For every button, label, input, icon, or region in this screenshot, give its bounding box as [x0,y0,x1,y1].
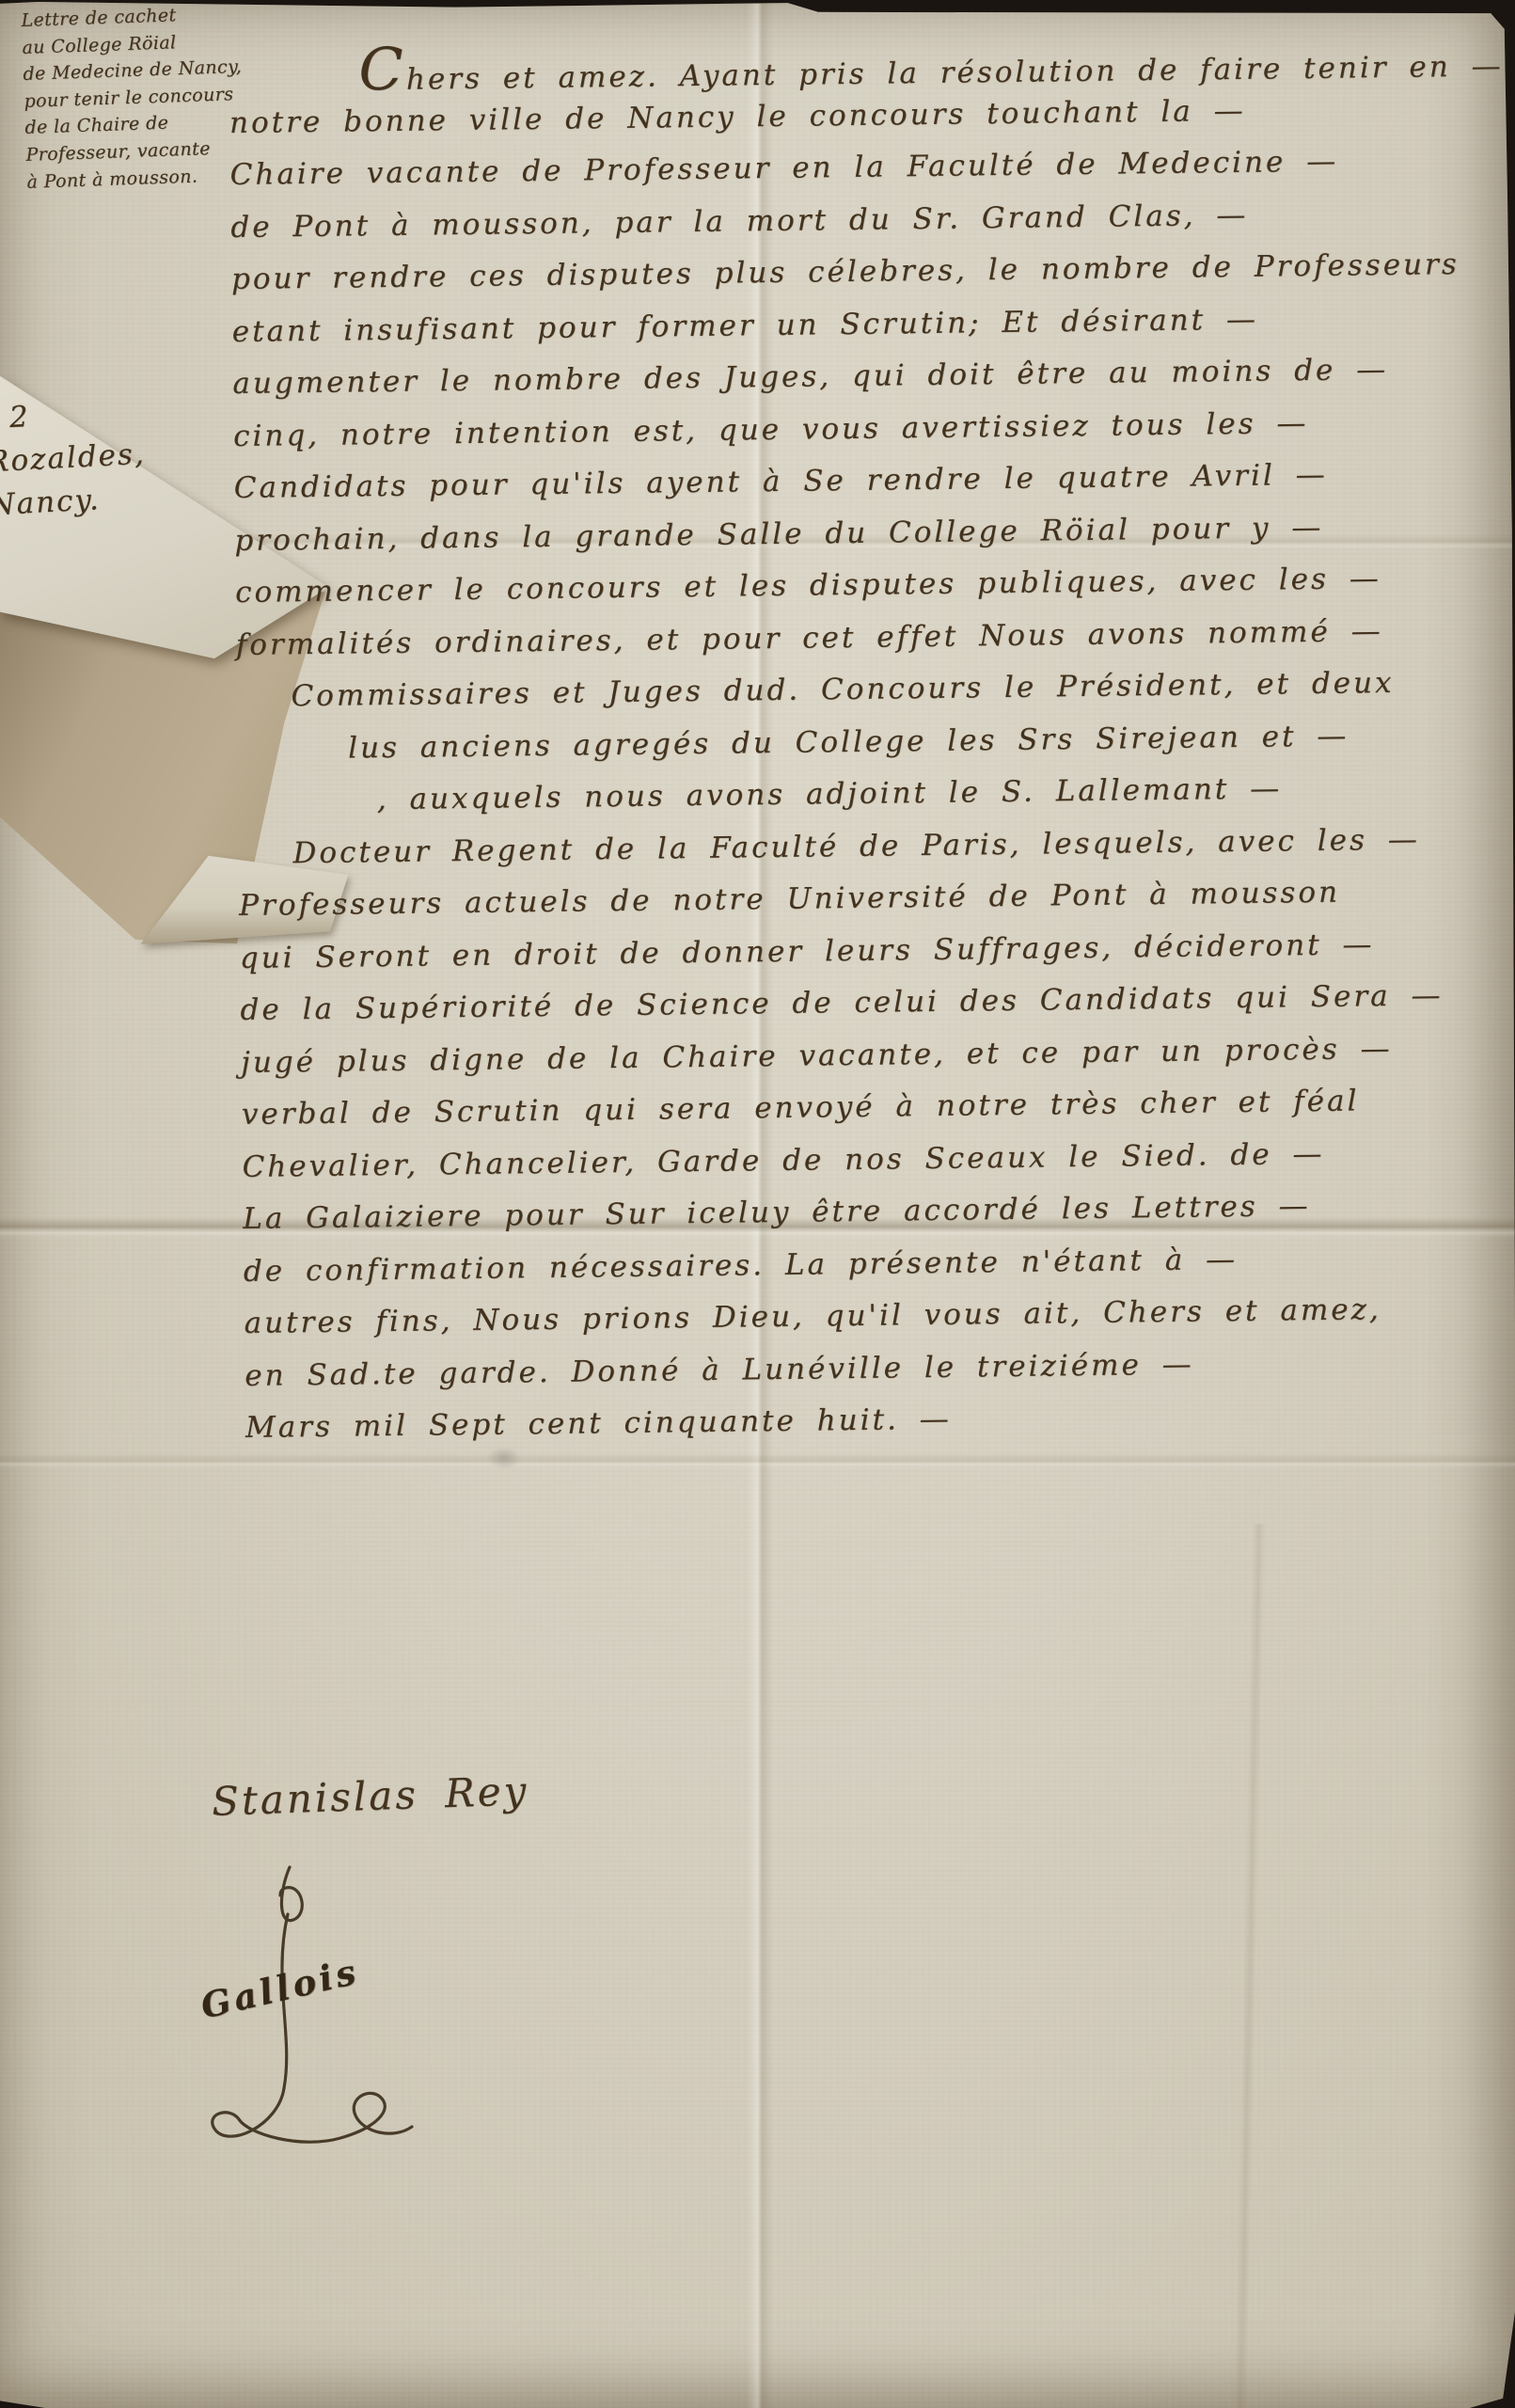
margin-note: Lettre de cachetau College Röialde Medec… [21,0,253,196]
manuscript-paper: Lettre de cachetau College Röialde Medec… [0,0,1515,2408]
torn-fragment-line: Rozaldes, [0,433,147,484]
fold-crease-horizontal-lower [0,1453,1515,1468]
crease-diagonal-right [1234,1524,1266,2408]
torn-fragment-line: Nancy. [0,476,149,528]
letter-body: Chers et amez. Ayant pris la résolution … [229,30,1515,1455]
signature-paraph-flourish [141,1839,442,2178]
photo-background: { "document": { "margin_note": { "lines"… [0,0,1515,2408]
torn-fragment-text: t 2Rozaldes,Nancy. [0,389,149,528]
royal-signature: Stanislas Rey [211,1767,529,1825]
